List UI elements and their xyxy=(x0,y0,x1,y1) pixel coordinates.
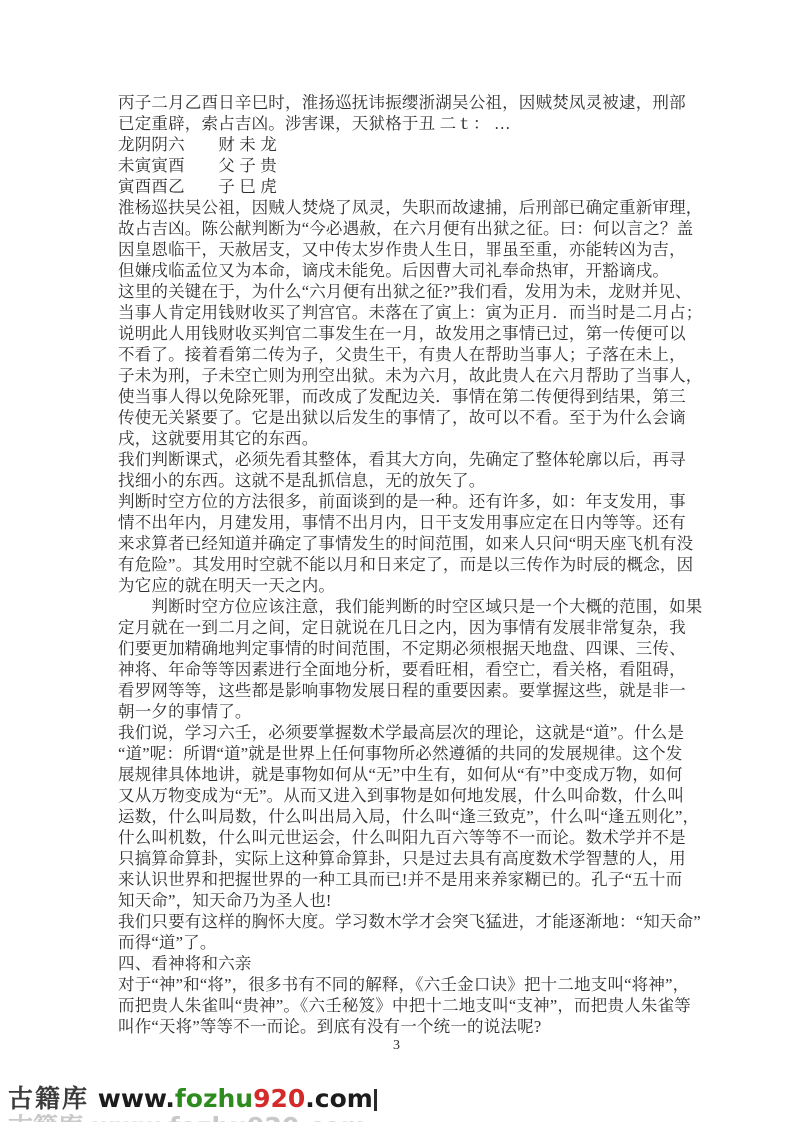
text-line: 叫作“天将”等等不一而论。到底有没有一个统一的说法呢? xyxy=(118,1016,688,1037)
text-line: 龙阴阴六 财 未 龙 xyxy=(118,134,688,155)
text-line: 戌，这就要用其它的东西。 xyxy=(118,428,688,449)
watermark-brand: 古籍库 xyxy=(8,1084,89,1113)
text-line: 而把贵人朱雀叫“贵神”。《六壬秘笈》中把十二地支叫“支神”，而把贵人朱雀等 xyxy=(118,995,688,1016)
text-line: 但嫌戌临孟位又为本命，谪戌未能免。后因曹大司礼奉命热审，开豁谪戌。 xyxy=(118,260,688,281)
watermark-url-www: www. xyxy=(89,1084,175,1113)
text-line: 未寅寅酉 父 子 贵 xyxy=(118,155,688,176)
document-page: 丙子二月乙酉日辛巳时，淮扬巡抚讳振缨浙湖吴公祖，因贼焚凤灵被逮，刑部 已定重辟，… xyxy=(0,0,793,1122)
watermark-url-number: 920 xyxy=(253,1084,305,1113)
text-line: 知天命”，知天命乃为圣人也! xyxy=(118,890,688,911)
text-line: 故占吉凶。陈公献判断为“今必遇赦，在六月便有出狱之征。曰：何以言之？盖 xyxy=(118,218,688,239)
text-line: 丙子二月乙酉日辛巳时，淮扬巡抚讳振缨浙湖吴公祖，因贼焚凤灵被逮，刑部 xyxy=(118,92,688,113)
text-line: 对于“神”和“将”，很多书有不同的解释，《六壬金口诀》把十二地支叫“将神”， xyxy=(118,974,688,995)
watermark-url-name: fozhu xyxy=(175,1084,253,1113)
text-line: 为它应的就在明天一天之内。 xyxy=(118,575,688,596)
text-line: 淮杨巡扶吴公祖，因贼人焚烧了凤灵，失职而故逮捕，后刑部已确定重新审理， xyxy=(118,197,688,218)
section-heading: 四、看神将和六亲 xyxy=(118,953,688,974)
text-line: 判断时空方位的方法很多，前面谈到的是一种。还有许多，如：年支发用，事 xyxy=(118,491,688,512)
text-line: 看罗网等等，这些都是影响事物发展日程的重要因素。要掌握这些，就是非一 xyxy=(118,680,688,701)
text-line: 定月就在一到二月之间，定日就说在几日之内，因为事情有发展非常复杂，我 xyxy=(118,617,688,638)
text-line: 有危险”。其发用时空就不能以月和日来定了，而是以三传作为时辰的概念，因 xyxy=(118,554,688,575)
text-line: 子未为刑，子未空亡则为刑空出狱。未为六月，故此贵人在六月帮助了当事人， xyxy=(118,365,688,386)
document-text-block: 丙子二月乙酉日辛巳时，淮扬巡抚讳振缨浙湖吴公祖，因贼焚凤灵被逮，刑部 已定重辟，… xyxy=(118,92,688,1037)
text-line: 什么叫机数，什么叫元世运会，什么叫阳九百六等等不一而论。数术学并不是 xyxy=(118,827,688,848)
text-line: 找细小的东西。这就不是乱抓信息，无的放矢了。 xyxy=(118,470,688,491)
text-line: 运数，什么叫局数，什么叫出局入局，什么叫“逢三致克”，什么叫“逢五则化”， xyxy=(118,806,688,827)
clipped-glyph-bar xyxy=(374,1089,377,1111)
text-line: 传使无关紧要了。它是出狱以后发生的事情了，故可以不看。至于为什么会谪 xyxy=(118,407,688,428)
text-line: 们要更加精确地判定事情的时间范围，不定期必须根据天地盘、四课、三传、 xyxy=(118,638,688,659)
text-line: 因皇恩临干，天赦居支，又中传太岁作贵人生日，罪虽至重，亦能转凶为吉， xyxy=(118,239,688,260)
page-number: 3 xyxy=(0,1038,793,1054)
text-line: 来认识世界和把握世界的一种工具而已!并不是用来养家糊已的。孔子“五十而 xyxy=(118,869,688,890)
text-line: 朝一夕的事情了。 xyxy=(118,701,688,722)
text-line: 这里的关键在于，为什么“六月便有出狱之征?”我们看，发用为未，龙财并见、 xyxy=(118,281,688,302)
text-line: 使当事人得以免除死罪，而改成了发配边关．事情在第二传便得到结果，第三 xyxy=(118,386,688,407)
watermark-ghost: 古籍库 www.fozhu920.com xyxy=(8,1114,367,1122)
text-line: 只搞算命算卦，实际上这种算命算卦，只是过去具有高度数术学智慧的人，用 xyxy=(118,848,688,869)
text-line: 我们判断课式，必须先看其整体，看其大方向，先确定了整体轮廓以后，再寻 xyxy=(118,449,688,470)
watermark-url-tld: .com xyxy=(305,1084,373,1113)
text-line: 我们说，学习六壬，必须要掌握数术学最高层次的理论，这就是“道”。什么是 xyxy=(118,722,688,743)
text-line: 不看了。接着看第二传为子，父贵生干，有贵人在帮助当事人；子落在未上， xyxy=(118,344,688,365)
text-line: 展规律具体地讲，就是事物如何从“无”中生有，如何从“有”中变成万物，如何 xyxy=(118,764,688,785)
watermark: 古籍库 www.fozhu920.com xyxy=(8,1084,377,1114)
text-line: 我们只要有这样的胸怀大度。学习数木学才会突飞猛进，才能逐渐地：“知天命” xyxy=(118,911,688,932)
text-line: 情不出年内，月建发用，事情不出月内，日干支发用事应定在日内等等。还有 xyxy=(118,512,688,533)
text-line: 又从万物变成为“无”。从而又进入到事物是如何地发展，什么叫命数，什么叫 xyxy=(118,785,688,806)
text-line: 寅酉酉乙 子 巳 虎 xyxy=(118,176,688,197)
text-line: 而得“道”了。 xyxy=(118,932,688,953)
text-line: 当事人肯定用钱财收买了判宫官。未落在了寅上：寅为正月．而当时是二月占； xyxy=(118,302,688,323)
text-line: 判断时空方位应该注意，我们能判断的时空区域只是一个大概的范围，如果 xyxy=(118,596,688,617)
text-line: “道”呢：所谓“道”就是世界上任何事物所必然遵循的共同的发展规律。这个发 xyxy=(118,743,688,764)
text-line: 已定重辟，索占吉凶。涉害课，天狱格于丑 二ｔ： … xyxy=(118,113,688,134)
text-line: 神将、年命等等因素进行全面地分析，要看旺相，看空亡，看关格，看阻碍， xyxy=(118,659,688,680)
text-line: 来求算者已经知道并确定了事情发生的时间范围，如来人只问“明天座飞机有没 xyxy=(118,533,688,554)
text-line: 说明此人用钱财收买判官二事发生在一月，故发用之事情已过，第一传便可以 xyxy=(118,323,688,344)
